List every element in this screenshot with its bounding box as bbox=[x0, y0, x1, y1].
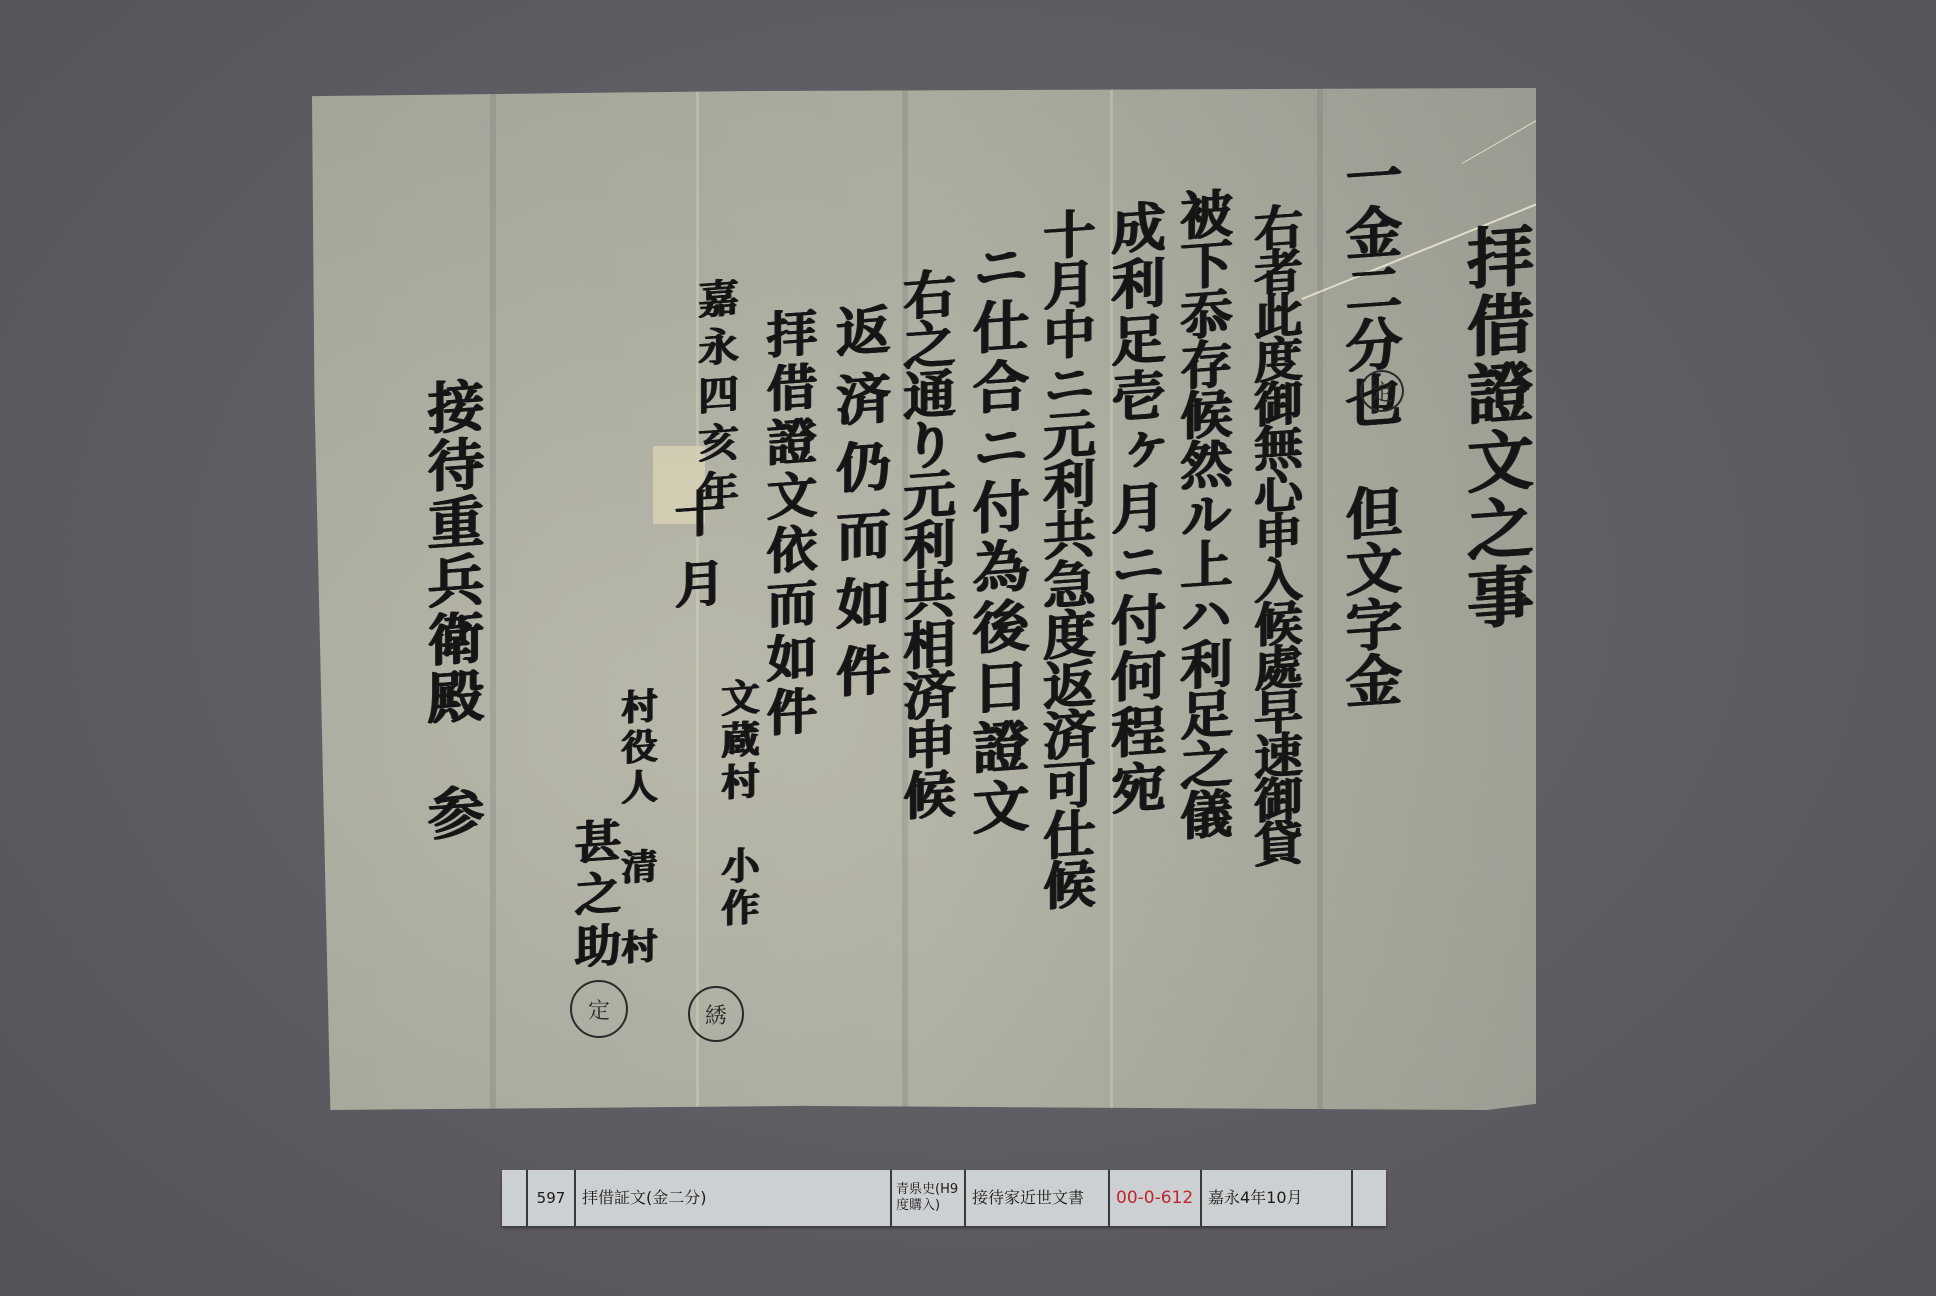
addressee-column: 接待重兵衛殿 参 bbox=[412, 375, 492, 845]
text-column: 十月中ニ元利共急度返済可仕候 bbox=[1027, 205, 1102, 910]
seal-bottom-right-icon: 綉 bbox=[688, 986, 744, 1042]
document-title: 拝借証文(金二分) bbox=[576, 1170, 892, 1226]
collection-name: 接待家近世文書 bbox=[966, 1170, 1110, 1226]
source-line-1: 青県史(H9 bbox=[896, 1182, 958, 1198]
text-column: 被下忝存候然ル上ハ利足之儀 bbox=[1164, 185, 1239, 840]
fold-line bbox=[1317, 88, 1323, 1110]
label-tail bbox=[1353, 1170, 1386, 1226]
source-line-2: 度購入) bbox=[896, 1198, 940, 1214]
document-paper: 拝借證文之事 一金二分也 但文字金 右者此度御無心申入候處早速御貸 被下忝存候然… bbox=[312, 88, 1536, 1110]
text-column: 成利足壱ヶ月ニ付何程宛 bbox=[1097, 197, 1174, 818]
paper-crack bbox=[1462, 118, 1540, 164]
catalog-number: 597 bbox=[528, 1170, 576, 1226]
text-column: 右者此度御無心申入候處早速御貸 bbox=[1240, 201, 1309, 866]
date-column: 嘉永四亥年 bbox=[687, 276, 744, 520]
source-note: 青県史(H9 度購入) bbox=[892, 1170, 966, 1226]
catalog-id: 00-0-612 bbox=[1110, 1170, 1202, 1226]
label-margin bbox=[502, 1170, 528, 1226]
month-column: 十月 bbox=[660, 485, 732, 630]
text-column: 返済仍而如件 bbox=[822, 300, 899, 713]
witness-column: 文蔵村 小作 bbox=[710, 676, 765, 932]
seal-top-icon: 定 bbox=[1360, 370, 1404, 412]
signer-column: 甚之助 bbox=[562, 816, 628, 977]
text-column: ニ仕合ニ付為後日證文 bbox=[957, 235, 1037, 841]
catalog-label: 597 拝借証文(金二分) 青県史(H9 度購入) 接待家近世文書 00-0-6… bbox=[502, 1170, 1386, 1226]
text-column: 一金二分也 但文字金 bbox=[1330, 145, 1410, 711]
title-column: 拝借證文之事 bbox=[1448, 220, 1543, 635]
document-date: 嘉永4年10月 bbox=[1202, 1170, 1353, 1226]
seal-bottom-left-icon: 定 bbox=[570, 980, 628, 1038]
